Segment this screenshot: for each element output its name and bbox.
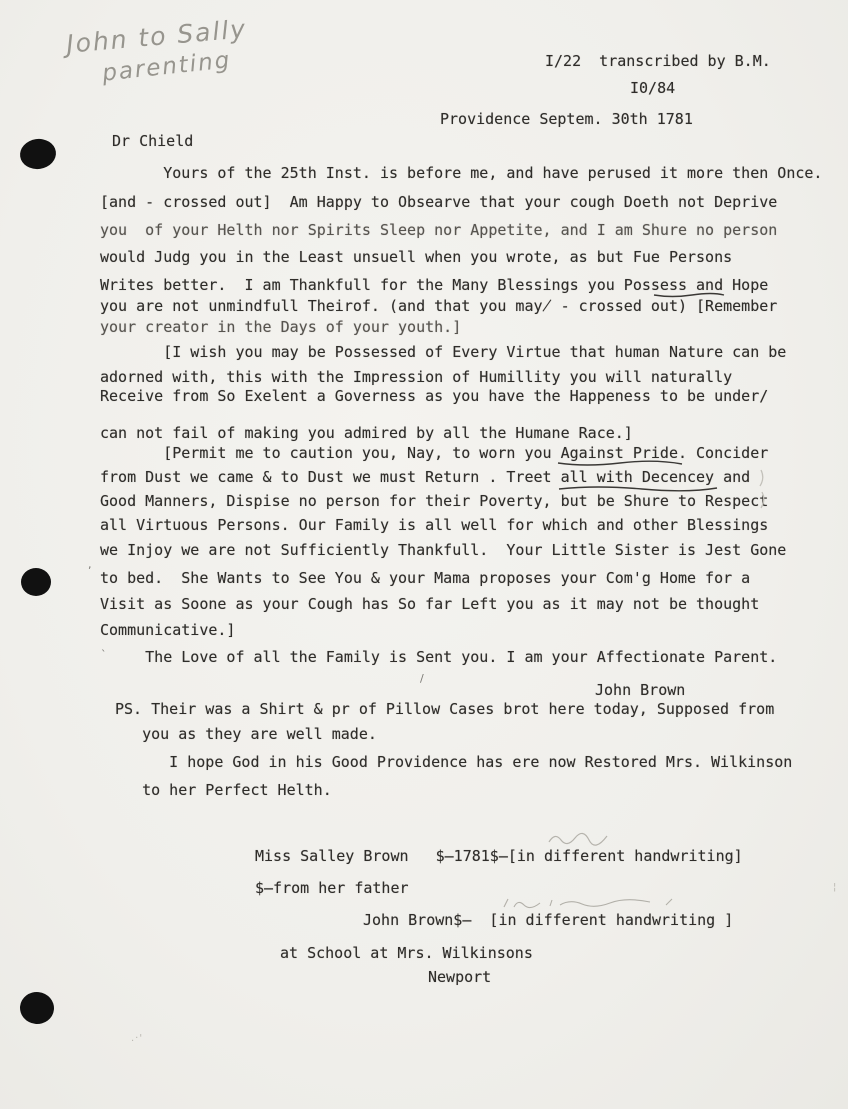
transcription-date-code: I0/84	[630, 80, 675, 97]
scanned-letter-page: John to Sally parenting I/22 transcribed…	[0, 0, 848, 1109]
letter-line: you of your Helth nor Spirits Sleep nor …	[100, 222, 777, 239]
dateline: Providence Septem. 30th 1781	[440, 111, 693, 128]
letter-line: [I wish you may be Possessed of Every Vi…	[100, 344, 786, 361]
letter-line: to bed. She Wants to See You & your Mama…	[100, 570, 750, 587]
letter-line: can not fail of making you admired by al…	[100, 425, 633, 442]
scan-speck: /	[420, 672, 424, 685]
salutation: Dr Chield	[112, 133, 193, 150]
scan-speck: .·'	[131, 1033, 143, 1044]
punch-hole-top	[18, 137, 58, 172]
scan-speck: ¦	[833, 882, 837, 893]
docket-line: John Brown$̶ [in different handwriting ]	[363, 912, 733, 929]
letter-line: Good Manners, Dispise no person for thei…	[100, 493, 768, 510]
scan-speck: ,	[88, 558, 92, 571]
punch-hole-middle	[21, 568, 51, 596]
underline-all-with-decencey	[557, 483, 719, 493]
postscript-line: you as they are well made.	[115, 726, 377, 743]
letter-line: all Virtuous Persons. Our Family is all …	[100, 517, 768, 534]
letter-line: Communicative.]	[100, 622, 235, 639]
letter-line: [and - crossed out] Am Happy to Obsearve…	[100, 194, 777, 211]
letter-line: Receive from So Exelent a Governess as y…	[100, 388, 768, 405]
signature: John Brown	[595, 682, 685, 699]
transcription-reference: I/22 transcribed by B.M.	[545, 53, 771, 70]
docket-line: Newport	[428, 969, 491, 986]
letter-line: you are not unmindfull Theirof. (and tha…	[100, 298, 777, 315]
faint-pencil-mark	[545, 830, 615, 846]
underline-possess-and	[652, 291, 726, 299]
underline-against-pride	[556, 458, 684, 468]
letter-line: we Injoy we are not Sufficiently Thankfu…	[100, 542, 786, 559]
postscript-line: I hope God in his Good Providence has er…	[115, 754, 792, 771]
docket-line: Miss Salley Brown $̶1781$̶[in different …	[255, 848, 743, 865]
docket-line: $̶from her father	[255, 880, 409, 897]
faint-pencil-mark	[500, 895, 680, 911]
letter-line: The Love of all the Family is Sent you. …	[100, 649, 777, 666]
docket-line: at School at Mrs. Wilkinsons	[280, 945, 533, 962]
scan-speck: `	[101, 648, 107, 661]
letter-line: your creator in the Days of your youth.]	[100, 319, 461, 336]
letter-line: would Judg you in the Least unsuell when…	[100, 249, 732, 266]
postscript-line: PS. Their was a Shirt & pr of Pillow Cas…	[115, 701, 774, 718]
postscript-line: to her Perfect Helth.	[115, 782, 332, 799]
letter-line: Yours of the 25th Inst. is before me, an…	[100, 165, 822, 182]
punch-hole-bottom	[18, 990, 55, 1025]
letter-line: Visit as Soone as your Cough has So far …	[100, 596, 759, 613]
letter-line: adorned with, this with the Impression o…	[100, 369, 732, 386]
faint-pencil-mark	[753, 468, 773, 512]
